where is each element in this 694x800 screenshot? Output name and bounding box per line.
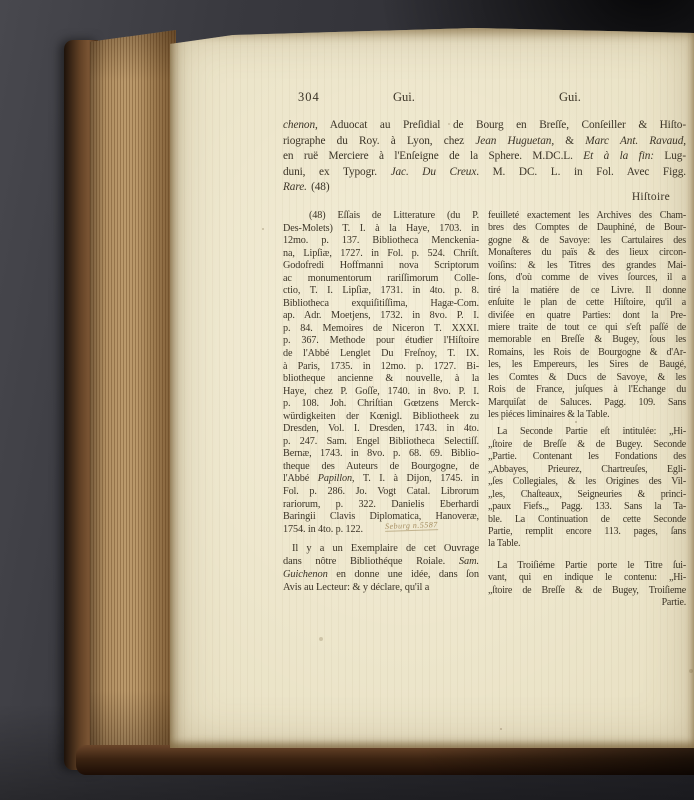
section-catchword: Hiſtoire <box>632 191 670 203</box>
book-cover-bottom <box>76 745 694 775</box>
running-title-right: Gui. <box>559 90 581 105</box>
right-column-paragraph-3: La Troiſiéme Partie porte le Titre ſui-v… <box>488 560 686 610</box>
text-block: 304 Gui. Gui. chenon, Aduocat au Preſidi… <box>283 90 686 108</box>
running-head: 304 Gui. Gui. <box>283 90 686 108</box>
footnote-48: (48) Eſſais de Litterature (du P.Des-Mol… <box>283 210 479 536</box>
right-column-paragraph-2: La Seconde Partie eſt intitulée: „Hi-„ſt… <box>488 426 686 550</box>
handwritten-note: Seburg n.5587 <box>385 520 438 532</box>
running-title-center: Gui. <box>393 90 415 105</box>
entry-paragraph: chenon, Aduocat au Preſidial de Bourg en… <box>283 118 686 196</box>
book-photo: 304 Gui. Gui. chenon, Aduocat au Preſidi… <box>0 0 694 800</box>
right-column-paragraph-1: feuilleté exactement les Archives des Ch… <box>488 210 686 421</box>
page-number: 304 <box>298 90 320 105</box>
book-page: 304 Gui. Gui. chenon, Aduocat au Preſidi… <box>170 28 694 748</box>
book-page-edges <box>90 30 176 764</box>
left-column-body-paragraph: Il y a un Exemplaire de cet Ouvragedans … <box>283 542 479 594</box>
left-column: (48) Eſſais de Litterature (du P.Des-Mol… <box>283 210 479 610</box>
two-column-text: (48) Eſſais de Litterature (du P.Des-Mol… <box>283 210 686 610</box>
right-column: feuilleté exactement les Archives des Ch… <box>488 210 686 610</box>
